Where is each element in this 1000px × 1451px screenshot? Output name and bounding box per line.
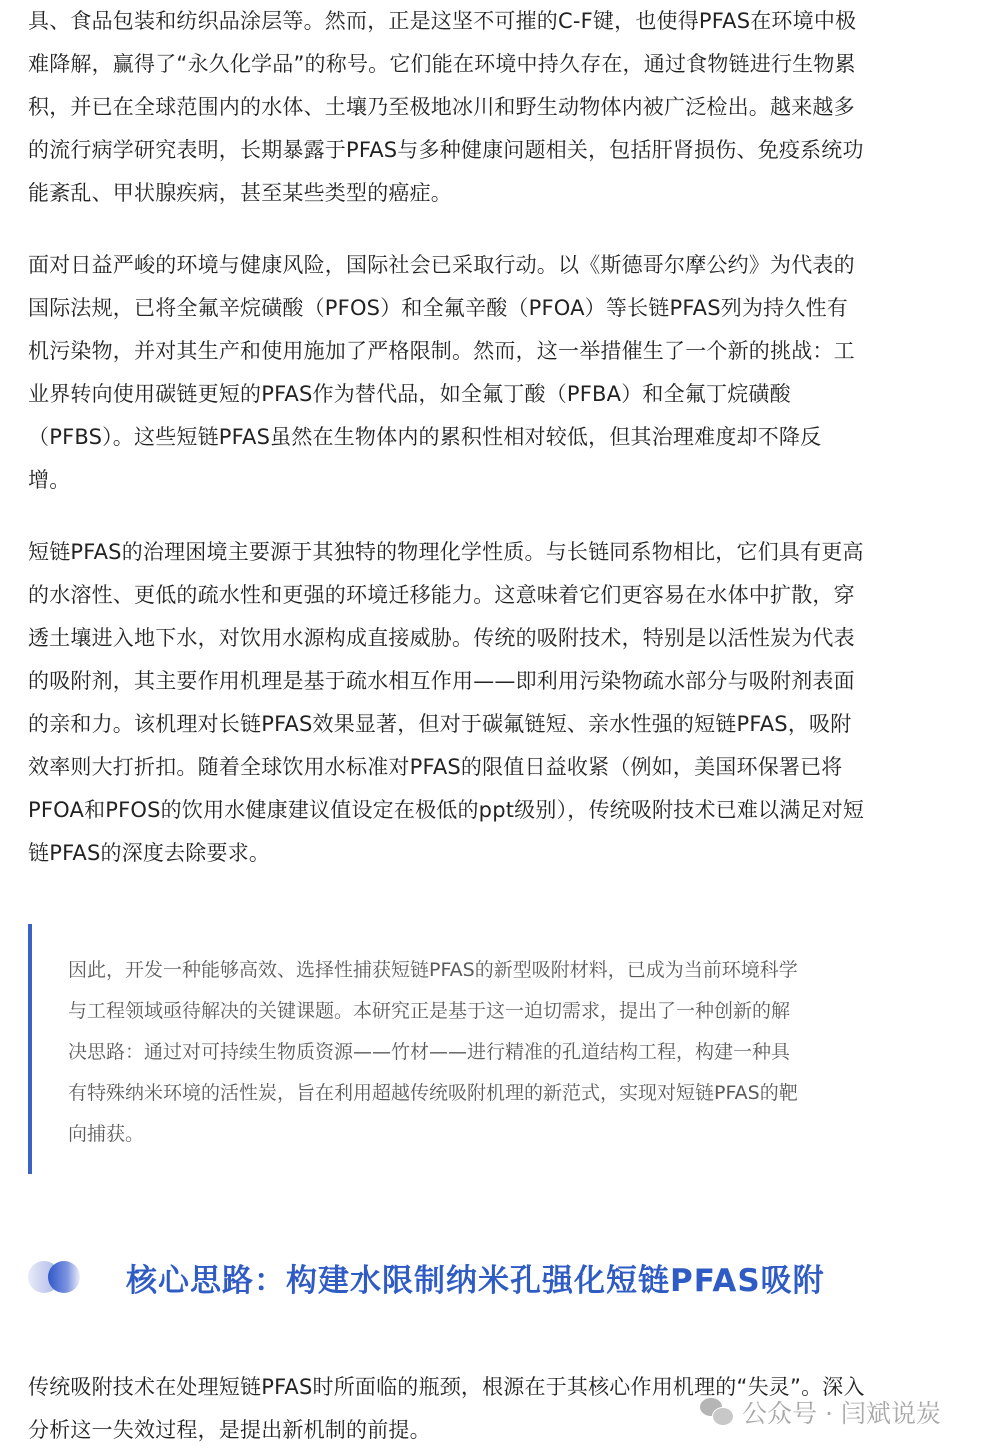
text-line: 的水溶性、更低的疏水性和更强的环境迁移能力。这意味着它们更容易在水体中扩散，穿 xyxy=(28,574,864,617)
text-line: 向捕获。 xyxy=(68,1114,798,1155)
double-circle-icon xyxy=(28,1261,84,1293)
text-line: 业界转向使用碳链更短的PFAS作为替代品，如全氟丁酸（PFBA）和全氟丁烷磺酸 xyxy=(28,373,855,416)
text-line: PFOA和PFOS的饮用水健康建议值设定在极低的ppt级别），传统吸附技术已难以… xyxy=(28,789,864,832)
text-line: 透土壤进入地下水，对饮用水源构成直接威胁。传统的吸附技术，特别是以活性炭为代表 xyxy=(28,617,864,660)
text-line: 积，并已在全球范围内的水体、土壤乃至极地冰川和野生动物体内被广泛检出。越来越多 xyxy=(28,86,864,129)
text-line: 短链PFAS的治理困境主要源于其独特的物理化学性质。与长链同系物相比，它们具有更… xyxy=(28,531,864,574)
text-line: （PFBS）。这些短链PFAS虽然在生物体内的累积性相对较低，但其治理难度却不降… xyxy=(28,416,855,459)
watermark-text: 公众号 · 闫斌说炭 xyxy=(742,1394,941,1430)
text-line: 因此，开发一种能够高效、选择性捕获短链PFAS的新型吸附材料，已成为当前环境科学 xyxy=(68,950,798,991)
text-line: 能紊乱、甲状腺疾病，甚至某些类型的癌症。 xyxy=(28,172,864,215)
text-line: 的亲和力。该机理对长链PFAS效果显著，但对于碳氟链短、亲水性强的短链PFAS，… xyxy=(28,703,864,746)
paragraph-short-chain-challenge: 短链PFAS的治理困境主要源于其独特的物理化学性质。与长链同系物相比，它们具有更… xyxy=(28,531,864,875)
text-line: 效率则大打折扣。随着全球饮用水标准对PFAS的限值日益收紧（例如，美国环保署已将 xyxy=(28,746,864,789)
section-title: 核心思路：构建水限制纳米孔强化短链PFAS吸附 xyxy=(126,1255,825,1300)
text-line: 机污染物，并对其生产和使用施加了严格限制。然而，这一举措催生了一个新的挑战：工 xyxy=(28,330,855,373)
text-line: 的吸附剂，其主要作用机理是基于疏水相互作用——即利用污染物疏水部分与吸附剂表面 xyxy=(28,660,864,703)
section-heading: 核心思路：构建水限制纳米孔强化短链PFAS吸附 xyxy=(28,1252,825,1302)
text-line: 链PFAS的深度去除要求。 xyxy=(28,832,864,875)
watermark: 公众号 · 闫斌说炭 xyxy=(700,1394,941,1430)
text-line: 的流行病学研究表明，长期暴露于PFAS与多种健康问题相关，包括肝肾损伤、免疫系统… xyxy=(28,129,864,172)
text-line: 与工程领域亟待解决的关键课题。本研究正是基于这一迫切需求，提出了一种创新的解 xyxy=(68,991,798,1032)
blockquote-research-motivation: 因此，开发一种能够高效、选择性捕获短链PFAS的新型吸附材料，已成为当前环境科学… xyxy=(28,924,952,1174)
text-line: 具、食品包装和纺织品涂层等。然而，正是这坚不可摧的C-F键，也使得PFAS在环境… xyxy=(28,0,864,43)
paragraph-international-regulation: 面对日益严峻的环境与健康风险，国际社会已采取行动。以《斯德哥尔摩公约》为代表的 … xyxy=(28,244,855,502)
wechat-icon xyxy=(700,1398,734,1426)
text-line: 国际法规，已将全氟辛烷磺酸（PFOS）和全氟辛酸（PFOA）等长链PFAS列为持… xyxy=(28,287,855,330)
paragraph-pfas-persistence: 具、食品包装和纺织品涂层等。然而，正是这坚不可摧的C-F键，也使得PFAS在环境… xyxy=(28,0,864,215)
text-line: 决思路：通过对可持续生物质资源——竹材——进行精准的孔道结构工程，构建一种具 xyxy=(68,1032,798,1073)
blockquote-text: 因此，开发一种能够高效、选择性捕获短链PFAS的新型吸附材料，已成为当前环境科学… xyxy=(68,950,798,1155)
text-line: 难降解，赢得了“永久化学品”的称号。它们能在环境中持久存在，通过食物链进行生物累 xyxy=(28,43,864,86)
text-line: 有特殊纳米环境的活性炭，旨在利用超越传统吸附机理的新范式，实现对短链PFAS的靶 xyxy=(68,1073,798,1114)
text-line: 面对日益严峻的环境与健康风险，国际社会已采取行动。以《斯德哥尔摩公约》为代表的 xyxy=(28,244,855,287)
text-line: 增。 xyxy=(28,459,855,502)
